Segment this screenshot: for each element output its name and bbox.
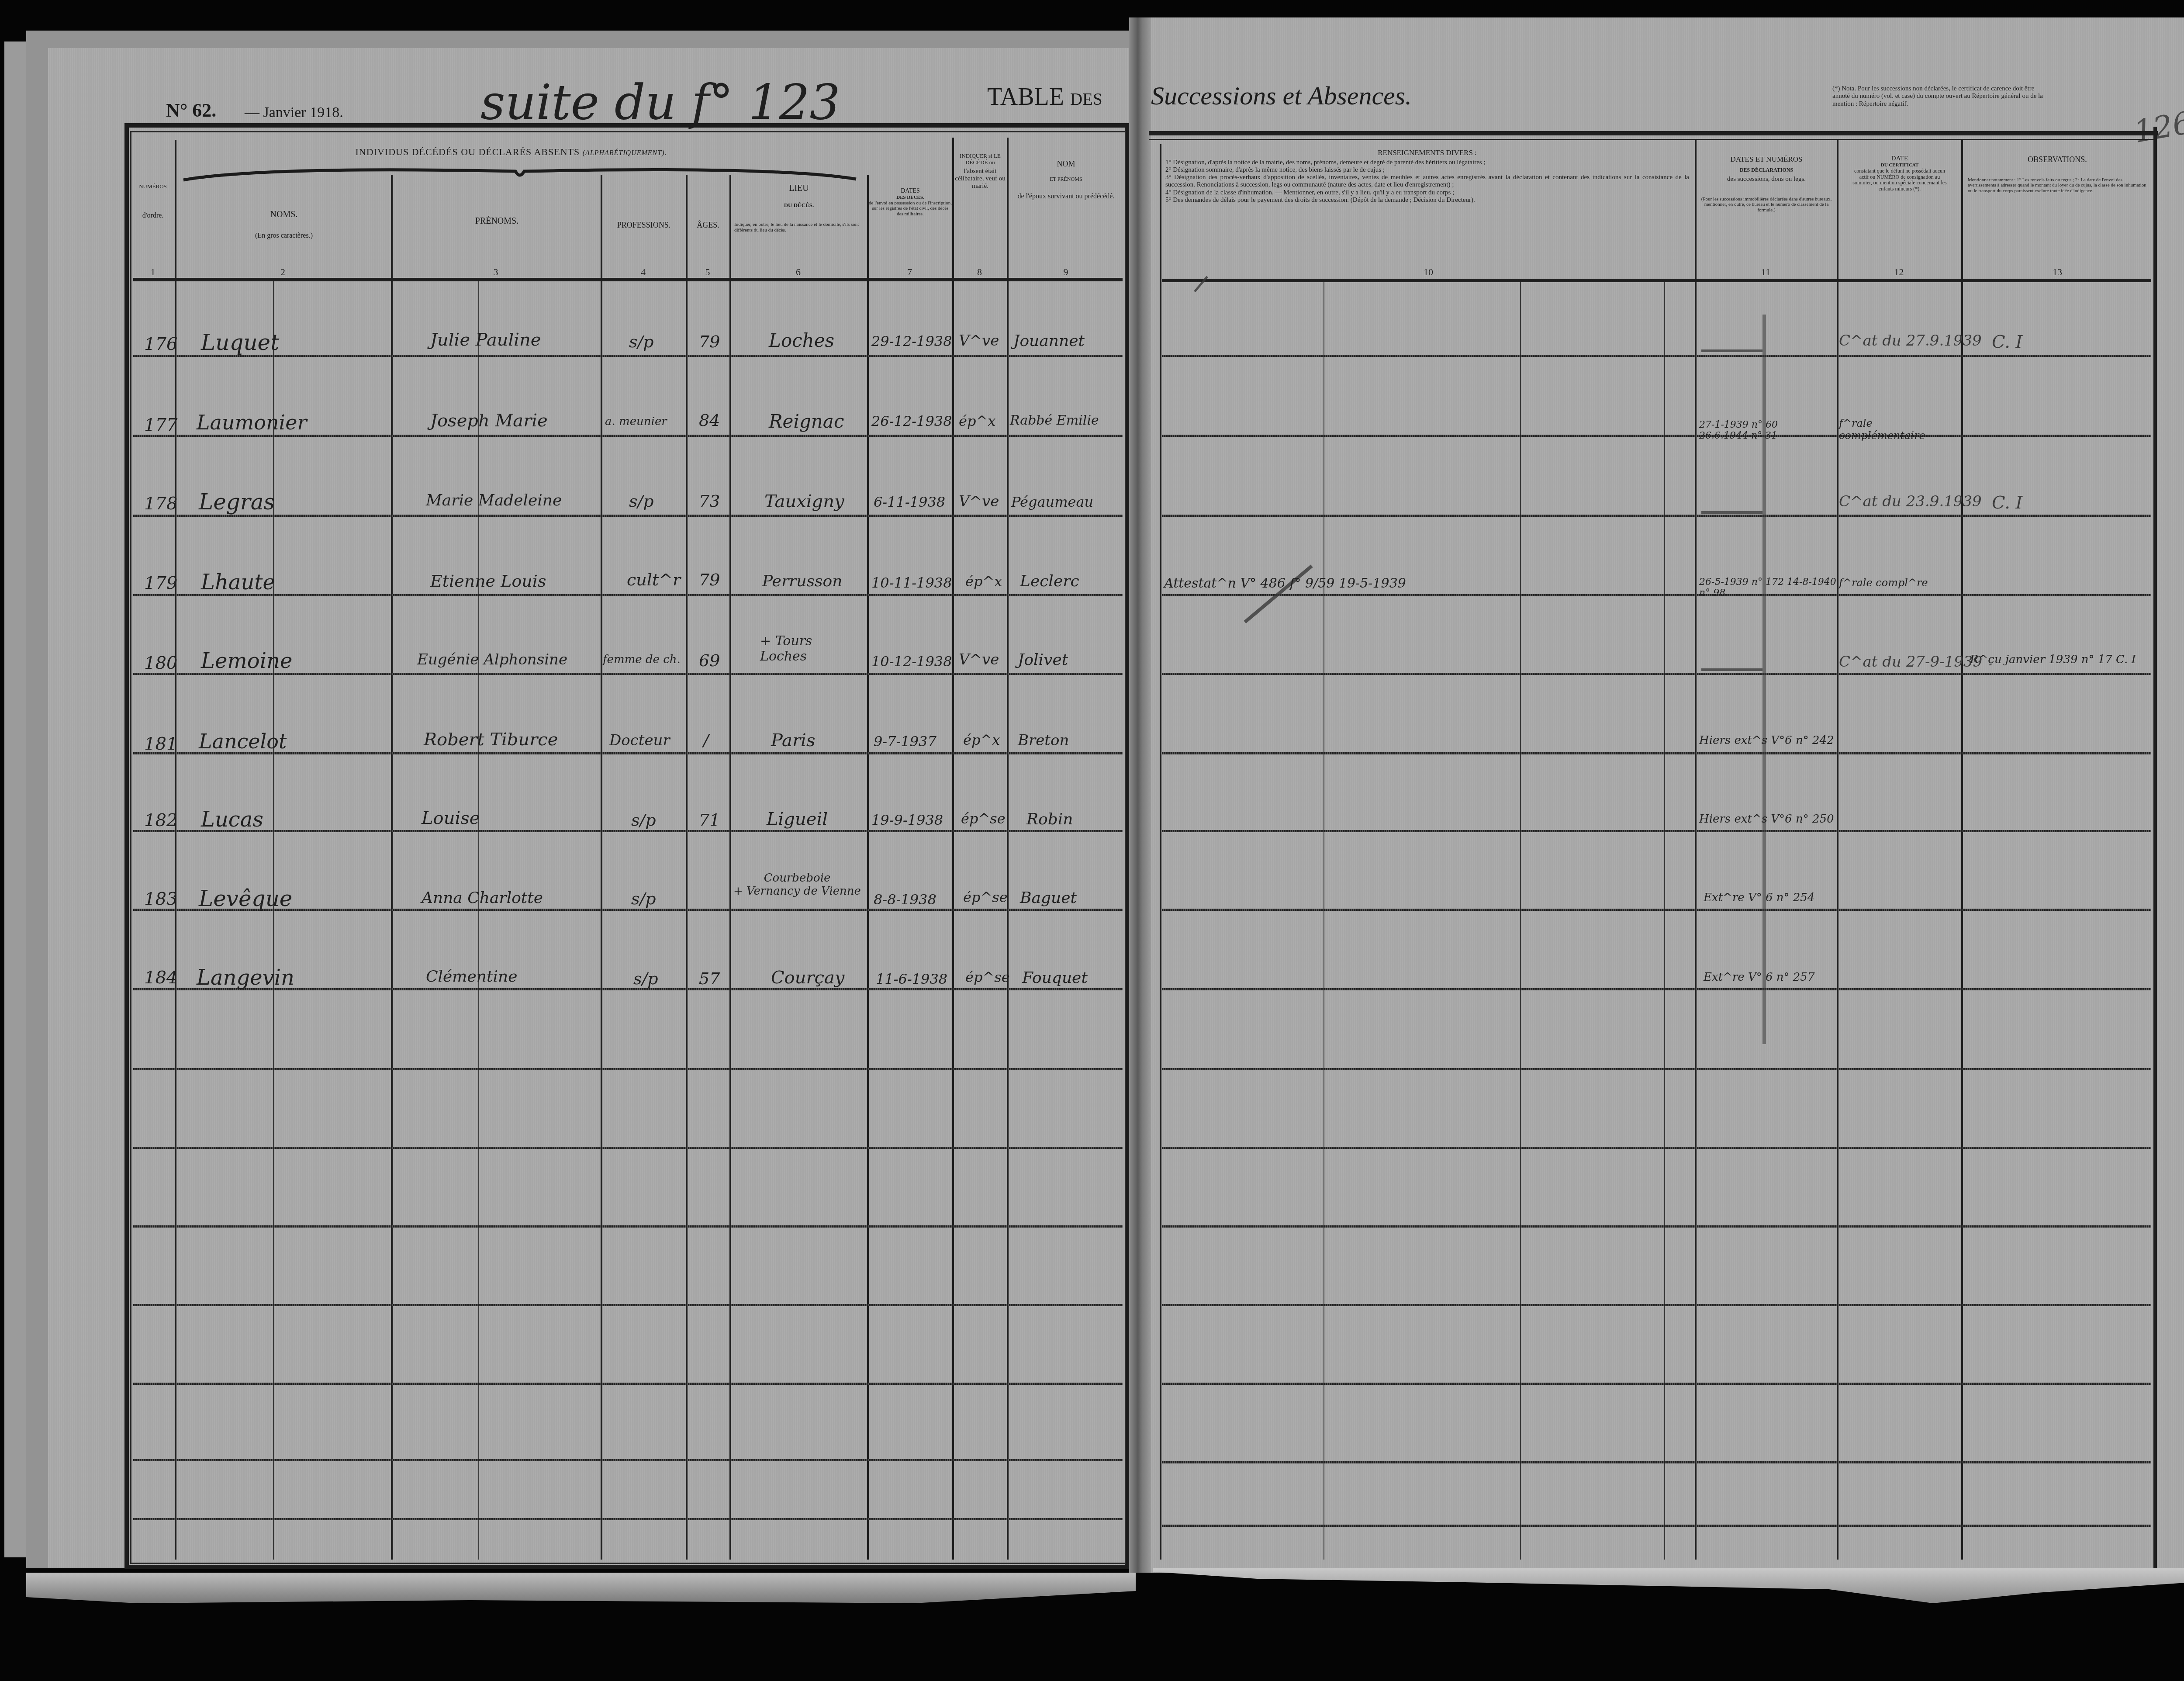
- right-top-rule-thin: [1149, 139, 2153, 140]
- header-col6-note: Indiquer, en outre, le lieu de la naissa…: [732, 222, 866, 233]
- header-col10-item3: 3° Désignation des procès-verbaux d'appo…: [1162, 174, 1693, 189]
- column-number: 4: [601, 266, 686, 278]
- handwritten-continuation-note: suite du f° 123: [480, 74, 840, 130]
- header-col2-label: NOMS.: [177, 210, 391, 220]
- table-title-part2: Successions et Absences.: [1151, 81, 1412, 111]
- cell-observations: C. I: [1992, 493, 2022, 513]
- header-col10-item5: 5° Des demandes de délais pour le payeme…: [1162, 197, 1693, 204]
- cell-certificat: f^rale compl^re: [1839, 577, 1957, 589]
- header-col7: DATES DES DÉCÈS, de l'envoi en possessio…: [868, 188, 952, 217]
- header-col11: DATES ET NUMÉROS DES DÉCLARATIONS des su…: [1697, 155, 1836, 213]
- cell-age: 73: [699, 491, 720, 511]
- cell-lieu: Perrusson: [762, 572, 842, 590]
- cell-etat: ép^se: [961, 810, 1006, 827]
- header-col13-label: OBSERVATIONS.: [1963, 155, 2151, 164]
- cell-profession: s/p: [629, 332, 654, 351]
- cell-nom: Legras: [199, 489, 275, 515]
- form-number: N° 62.: [166, 100, 216, 122]
- row-rule: [1162, 594, 2151, 596]
- col-divider: [1961, 140, 1963, 1560]
- group-header: INDIVIDUS DÉCÉDÉS OU DÉCLARÉS ABSENTS (a…: [183, 146, 839, 157]
- cell-nom: Langevin: [197, 965, 294, 990]
- column-number: 7: [867, 266, 952, 278]
- header-col9-sub: ET PRÉNOMS: [1008, 176, 1124, 183]
- column-number: 5: [686, 266, 729, 278]
- cell-lieu: Tauxigny: [764, 491, 844, 512]
- cell-nom: Lucas: [201, 807, 263, 832]
- cell-nom: Lemoine: [201, 649, 292, 673]
- pencil-dash: [1701, 668, 1762, 671]
- column-number: 12: [1837, 266, 1961, 278]
- row-rule: [133, 1383, 1123, 1385]
- row-rule: [133, 435, 1123, 437]
- table-title-part1: TABLE des: [987, 83, 1102, 111]
- cell-date: 9-7-1937: [874, 733, 936, 750]
- header-col10: RENSEIGNEMENTS DIVERS : 1° Désignation, …: [1162, 149, 1693, 204]
- column-number: 10: [1162, 266, 1695, 278]
- cell-etat: ép^se: [963, 889, 1008, 906]
- cell-certificat: C^at du 27.9.1939: [1839, 332, 1982, 349]
- col-divider: [952, 138, 954, 1560]
- header-col5: ÂGES.: [687, 221, 729, 230]
- cell-epoux: Leclerc: [1020, 572, 1079, 590]
- column-number: 3: [391, 266, 601, 278]
- form-date: — Janvier 1918.: [245, 104, 343, 121]
- cell-profession: a. meunier: [605, 415, 667, 428]
- row-rule: [1162, 1225, 2151, 1228]
- header-col1-label: NUMÉROS: [131, 183, 175, 190]
- row-rule: [133, 830, 1123, 832]
- cell-epoux: Jolivet: [1018, 651, 1068, 669]
- column-number: 1: [131, 266, 175, 278]
- cell-certificat: C^at du 23.9.1939: [1839, 493, 1982, 510]
- row-rule: [133, 515, 1123, 517]
- col-guide: [273, 280, 274, 1560]
- row-number: 180: [144, 653, 177, 673]
- header-col13-note: Mentionner notamment : 1° Les renvois fa…: [1963, 177, 2151, 194]
- header-col8-label: INDIQUER si LE DÉCÉDÉ ou: [954, 153, 1007, 166]
- header-col10-label: RENSEIGNEMENTS DIVERS :: [1162, 149, 1693, 157]
- cell-age: 84: [699, 411, 720, 430]
- header-col4: PROFESSIONS.: [602, 221, 686, 230]
- cell-date: 8-8-1938: [874, 891, 936, 908]
- row-rule: [133, 1147, 1123, 1149]
- col-divider: [391, 175, 393, 1560]
- row-rule: [1162, 1304, 2151, 1306]
- nota-note: (*) Nota. Pour les successions non décla…: [1832, 85, 2051, 108]
- cell-etat: V^ve: [959, 493, 999, 510]
- header-col1-sub: d'ordre.: [131, 212, 175, 220]
- cell-date: 6-11-1938: [874, 494, 945, 510]
- cell-lieu: Ligueil: [767, 809, 828, 829]
- col-guide: [1664, 280, 1665, 1560]
- col-guide: [1324, 280, 1324, 1560]
- header-col10-item2: 2° Désignation sommaire, d'après la même…: [1162, 166, 1693, 174]
- header-col11-note: (Pour les successions immobilières décla…: [1697, 197, 1836, 213]
- col-divider: [1837, 140, 1838, 1560]
- row-rule: [1162, 1461, 2151, 1463]
- header-col12-note: constatant que le défunt ne possédait au…: [1839, 168, 1960, 192]
- cell-date: 11-6-1938: [876, 971, 947, 987]
- cell-etat: ép^x: [965, 573, 1002, 590]
- column-number: 8: [952, 266, 1007, 278]
- cell-prenoms: Anna Charlotte: [422, 889, 543, 907]
- row-rule: [1162, 435, 2151, 437]
- row-number: 177: [144, 415, 177, 435]
- cell-prenoms: Clémentine: [426, 968, 517, 986]
- cell-prenoms: Eugénie Alphonsine: [417, 651, 567, 668]
- row-rule: [133, 594, 1123, 596]
- cell-nom: Laumonier: [197, 411, 307, 434]
- column-number: 6: [729, 266, 867, 278]
- cell-observations: R^çu janvier 1939 n° 17 C. I: [1970, 653, 2153, 666]
- col-guide: [478, 280, 479, 1560]
- row-number: 176: [144, 334, 177, 354]
- row-rule: [133, 1304, 1123, 1306]
- cell-profession: cult^r: [627, 570, 681, 589]
- header-bottom-rule-right: [1162, 279, 2151, 282]
- header-col11-label: DATES ET NUMÉROS: [1697, 155, 1836, 164]
- header-col7-sub: DES DÉCÈS,: [868, 195, 952, 201]
- row-number: 181: [144, 734, 177, 754]
- cell-profession: s/p: [633, 969, 658, 988]
- group-header-label: INDIVIDUS DÉCÉDÉS OU DÉCLARÉS ABSENTS: [356, 146, 580, 157]
- cell-observations: C. I: [1992, 332, 2022, 352]
- cell-date: 19-9-1938: [871, 812, 943, 828]
- header-brace: [175, 166, 865, 183]
- cell-date: 10-12-1938: [871, 653, 952, 670]
- cell-prenoms: Joseph Marie: [430, 411, 548, 431]
- header-col12: DATE DU CERTIFICAT constatant que le déf…: [1839, 155, 1960, 192]
- column-number: 2: [175, 266, 391, 278]
- row-rule: [1162, 988, 2151, 990]
- cell-epoux: Robin: [1026, 810, 1073, 828]
- cell-profession: s/p: [631, 889, 656, 908]
- header-col7-label: DATES: [868, 188, 952, 195]
- col-guide: [1520, 280, 1521, 1560]
- cell-lieu: Courçay: [771, 968, 844, 988]
- column-number: 13: [1961, 266, 2153, 278]
- row-rule: [1162, 1068, 2151, 1070]
- cell-profession: femme de ch.: [603, 653, 681, 666]
- cell-lieu: Loches: [769, 330, 834, 351]
- row-number: 183: [144, 889, 177, 909]
- cell-nom: Lancelot: [199, 730, 287, 753]
- torn-edge-left: [26, 1573, 1136, 1603]
- row-rule: [1162, 673, 2151, 675]
- cell-declarations: Hiers ext^s V°6 n° 242: [1699, 734, 1834, 747]
- group-header-note: (alphabétiquement).: [583, 149, 667, 157]
- col-divider: [729, 175, 731, 1560]
- cell-etat: ép^x: [959, 413, 995, 429]
- row-rule: [133, 355, 1123, 357]
- row-rule: [1162, 909, 2151, 911]
- cell-epoux: Pégaumeau: [1011, 494, 1093, 510]
- header-col7-note: de l'envoi en possession ou de l'inscrip…: [868, 201, 952, 217]
- torn-edge-right: [1153, 1568, 2184, 1603]
- header-col2-sub: (En gros caractères.): [177, 232, 391, 240]
- cell-date: 10-11-1938: [871, 574, 952, 591]
- row-rule: [1162, 515, 2151, 517]
- header-col6-label: LIEU: [732, 183, 866, 194]
- row-number: 184: [144, 968, 177, 988]
- cell-nom: Levêque: [199, 886, 292, 911]
- header-bottom-rule: [133, 278, 1123, 281]
- row-rule: [1162, 1383, 2151, 1385]
- row-number: 182: [144, 810, 177, 830]
- pencil-dash: [1701, 511, 1762, 514]
- row-rule: [133, 1068, 1123, 1070]
- pencil-dash: [1701, 349, 1762, 352]
- cell-age: 79: [699, 332, 720, 351]
- row-rule: [1162, 752, 2151, 754]
- cell-profession: s/p: [629, 491, 654, 511]
- cell-date: 29-12-1938: [871, 333, 952, 349]
- cell-declarations: Ext^re V° 6 n° 254: [1704, 891, 1814, 904]
- header-col6: LIEU DU DÉCÈS. Indiquer, en outre, le li…: [732, 183, 866, 233]
- header-col11-sub: DES DÉCLARATIONS: [1697, 167, 1836, 173]
- cell-profession: s/p: [631, 810, 656, 830]
- header-col8-note: l'absent était célibataire, veuf ou mari…: [954, 168, 1007, 190]
- col-divider: [867, 175, 869, 1560]
- cell-profession: Docteur: [609, 732, 670, 749]
- header-col13: OBSERVATIONS. Mentionner notamment : 1° …: [1963, 155, 2151, 194]
- right-frame-left: [1160, 144, 1161, 1560]
- cell-age: 69: [699, 651, 720, 670]
- header-col9-label: NOM: [1008, 159, 1124, 169]
- row-number: 178: [144, 494, 177, 514]
- cell-declarations: Hiers ext^s V°6 n° 250: [1699, 813, 1834, 826]
- cell-age: 57: [699, 969, 720, 988]
- cell-epoux: Breton: [1018, 732, 1069, 749]
- cell-nom: Lhaute: [201, 570, 275, 595]
- column-number: 11: [1695, 266, 1837, 278]
- row-rule: [133, 1459, 1123, 1461]
- header-col9: NOM ET PRÉNOMS de l'époux survivant ou p…: [1008, 159, 1124, 201]
- cell-date: 26-12-1938: [871, 413, 952, 429]
- cell-epoux: Rabbé Emilie: [1010, 413, 1099, 428]
- header-col12-label: DATE: [1839, 155, 1960, 163]
- row-number: 179: [144, 573, 177, 593]
- cell-certificat: C^at du 27-9-1939: [1839, 653, 1982, 671]
- header-col12-sub: DU CERTIFICAT: [1839, 163, 1960, 168]
- cell-prenoms: Julie Pauline: [430, 330, 541, 350]
- header-col11-sub2: des successions, dons ou legs.: [1697, 176, 1836, 183]
- cell-declarations: Ext^re V° 6 n° 257: [1704, 971, 1814, 984]
- header-col10-item1: 1° Désignation, d'après la notice de la …: [1162, 159, 1693, 166]
- header-col2: NOMS. (En gros caractères.): [177, 210, 391, 240]
- cell-age: 79: [699, 570, 720, 589]
- header-col3: PRÉNOMS.: [393, 216, 601, 226]
- cell-prenoms: Robert Tiburce: [424, 730, 558, 750]
- row-rule: [1162, 1147, 2151, 1149]
- cell-renseignements: Attestat^n V° 486 f° 9/59 19-5-1939: [1164, 576, 1406, 591]
- col-divider: [601, 175, 602, 1560]
- cell-lieu: + Tours Loches: [760, 633, 812, 664]
- header-col8: INDIQUER si LE DÉCÉDÉ ou l'absent était …: [954, 153, 1007, 190]
- cell-epoux: Fouquet: [1022, 969, 1088, 987]
- cell-lieu: Reignac: [769, 411, 844, 432]
- cell-etat: V^ve: [959, 332, 999, 349]
- cell-declarations: 26-5-1939 n° 172 14-8-1940 n° 98: [1699, 577, 1839, 598]
- column-number: 9: [1007, 266, 1125, 278]
- right-top-rule: [1149, 131, 2158, 135]
- row-rule: [133, 1225, 1123, 1228]
- col-divider: [686, 175, 688, 1560]
- header-col1: NUMÉROS d'ordre.: [131, 183, 175, 220]
- cell-etat: V^ve: [959, 651, 999, 668]
- cell-prenoms: Louise: [422, 808, 480, 828]
- cell-epoux: Jouannet: [1013, 332, 1085, 350]
- row-rule: [133, 1518, 1123, 1520]
- row-rule: [1162, 355, 2151, 357]
- cell-prenoms: Etienne Louis: [430, 571, 546, 591]
- cell-epoux: Baguet: [1020, 889, 1077, 907]
- right-frame-right: [2153, 127, 2157, 1568]
- cell-nom: Luquet: [201, 330, 279, 355]
- col-divider: [1007, 138, 1009, 1560]
- cell-prenoms: Marie Madeleine: [426, 491, 562, 509]
- cell-age: 71: [699, 810, 720, 830]
- header-col10-item4: 4° Désignation de la classe d'inhumation…: [1162, 189, 1693, 197]
- row-rule: [1162, 830, 2151, 832]
- cell-etat: ép^x: [963, 732, 1000, 748]
- header-col6-sub: DU DÉCÈS.: [732, 202, 866, 209]
- book-gutter: [1129, 17, 1151, 1573]
- row-rule: [1162, 1525, 2151, 1527]
- header-col9-note: de l'époux survivant ou prédécédé.: [1008, 193, 1124, 201]
- cell-age: /: [703, 730, 709, 750]
- cell-etat: ép^se: [965, 969, 1010, 986]
- col-divider: [1695, 140, 1697, 1560]
- cell-lieu: Paris: [771, 730, 815, 751]
- cell-certificat: f^rale complémentaire: [1839, 417, 1957, 442]
- cell-lieu: Courbeboie + Vernancy de Vienne: [714, 872, 880, 898]
- cell-declarations: 27-1-1939 n° 60 26.6.1944 n° 31: [1699, 419, 1839, 441]
